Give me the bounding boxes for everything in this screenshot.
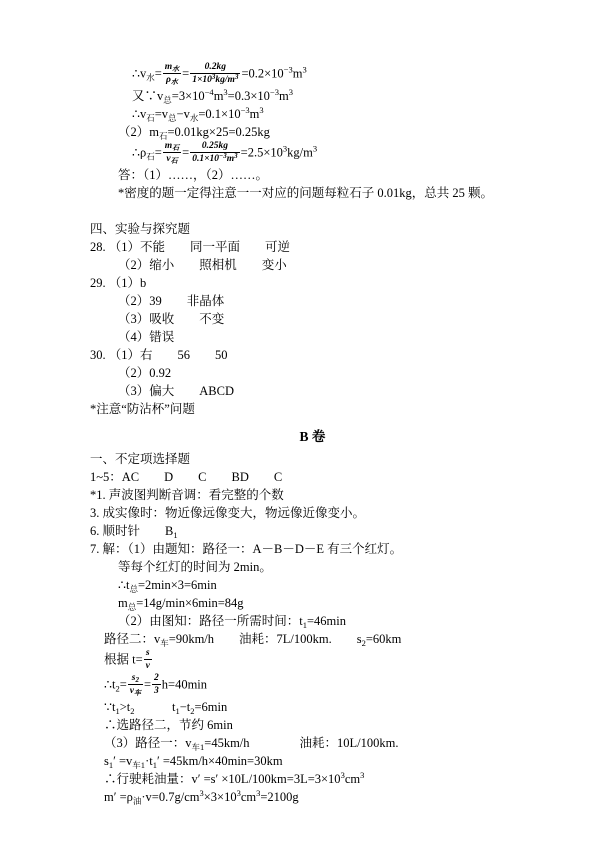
formula-t-total: ∴t总=2min×3=6min <box>90 576 535 594</box>
subscript: 总 <box>128 602 137 612</box>
line-30-1: 30. （1）右 56 50 <box>90 346 535 364</box>
heading-b-paper: B 卷 <box>90 428 535 446</box>
formula-v-stone: ∴v石=v总−v水=0.1×10−3m3 <box>90 105 535 123</box>
line-cup-note: *注意“防沾杯”问题 <box>90 400 535 418</box>
line-30-3: （3）偏大 ABCD <box>90 382 535 400</box>
formula-t2: ∴t2=s2v车=23h=40min <box>90 673 535 698</box>
subscript: 水 <box>146 72 155 82</box>
line-28-1: 28. （1）不能 同一平面 可逆 <box>90 238 535 256</box>
line-note-3: 3. 成实像时：物近像远像变大，物远像近像变小。 <box>90 504 535 522</box>
document-body: ∴v水=m水ρ水=0.2kg1×103kg/m3=0.2×10−3m3又∵v总=… <box>90 62 535 806</box>
formula-v-total: 又∵v总=3×10−4m3=0.3×10−3m3 <box>90 87 535 105</box>
subscript: 2 <box>115 683 119 693</box>
fraction: 0.25kg0.1×10−3m3 <box>190 140 239 165</box>
fraction: sv <box>144 647 152 672</box>
subscript: 石 <box>171 157 178 165</box>
formula-rho-stone: ∴ρ石=m石v石=0.25kg0.1×10−3m3=2.5×103kg/m3 <box>90 141 535 166</box>
line-density-note: *密度的题一定得注意一一对应的问题每粒石子 0.01kg，总共 25 颗。 <box>90 184 535 202</box>
subscript: 1 <box>109 760 113 770</box>
line-6: 6. 顺时针 B1 <box>90 522 535 540</box>
superscript: 3 <box>313 143 317 153</box>
superscript: 3 <box>212 73 216 81</box>
superscript: −4 <box>205 87 214 97</box>
superscript: 3 <box>234 152 238 160</box>
superscript: 3 <box>199 788 203 798</box>
line-wait-time: 等每个红灯的时间为 2min。 <box>90 558 535 576</box>
subscript: 石 <box>172 144 179 152</box>
subscript: 石 <box>146 151 155 161</box>
formula-fuel-mass: m′ =ρ油·v=0.7g/cm3×3×103cm3=2100g <box>90 788 535 806</box>
subscript: 1 <box>173 530 177 540</box>
subscript: 总 <box>168 113 177 123</box>
superscript: 3 <box>259 105 263 115</box>
formula-t-basic: 根据 t=sv <box>90 648 535 673</box>
line-path2-data: 路径二：v车=90km/h 油耗：7L/100km. s2=60km <box>90 630 535 648</box>
subscript: 1 <box>175 706 179 716</box>
heading-section-1: 一、不定项选择题 <box>90 450 535 468</box>
superscript: 3 <box>256 788 260 798</box>
fraction: 0.2kg1×103kg/m3 <box>190 61 240 86</box>
subscript: 水 <box>171 78 178 86</box>
superscript: 3 <box>289 87 293 97</box>
subscript: 总 <box>163 95 172 105</box>
subscript: 1 <box>115 706 119 716</box>
line-answers-1-5: 1~5：AC D C BD C <box>90 468 535 486</box>
formula-v-water: ∴v水=m水ρ水=0.2kg1×103kg/m3=0.2×10−3m3 <box>90 62 535 87</box>
fraction: 23 <box>152 672 161 697</box>
superscript: −3 <box>284 64 293 74</box>
superscript: −3 <box>219 152 227 160</box>
line-7-intro: 7. 解：（1）由题知：路径一：A－B－D－E 有三个红灯。 <box>90 540 535 558</box>
subscript: 1 <box>303 620 307 630</box>
line-30-2: （2）0.92 <box>90 364 535 382</box>
subscript: 石 <box>146 113 155 123</box>
line-29-1: 29. （1）b <box>90 274 535 292</box>
superscript: −3 <box>270 87 279 97</box>
line-answer-summary: 答：（1）……，（2）……。 <box>90 166 535 184</box>
subscript: 车 <box>134 689 141 697</box>
heading-section-4: 四、实验与探究题 <box>90 220 535 238</box>
line-29-4: （4）错误 <box>90 328 535 346</box>
subscript: 车 <box>160 638 169 648</box>
subscript: 油 <box>133 796 142 806</box>
answer-sheet-page: ∴v水=m水ρ水=0.2kg1×103kg/m3=0.2×10−3m3又∵v总=… <box>0 0 595 842</box>
subscript: 2 <box>362 638 366 648</box>
superscript: 3 <box>302 64 306 74</box>
fraction: s2v车 <box>128 672 143 697</box>
formula-m-stone: （2）m石=0.01kg×25=0.25kg <box>90 123 535 141</box>
line-29-2: （2）39 非晶体 <box>90 292 535 310</box>
formula-s1: s1′ =v车1·t1′ =45km/h×40min=30km <box>90 752 535 770</box>
line-choose-path2: ∴选路径二，节约 6min <box>90 716 535 734</box>
superscript: 3 <box>223 87 227 97</box>
superscript: 3 <box>283 143 287 153</box>
line-note-1: *1. 声波图判断音调：看完整的个数 <box>90 486 535 504</box>
fraction: m石v石 <box>163 140 181 165</box>
subscript: 2 <box>130 706 134 716</box>
superscript: 3 <box>341 770 345 780</box>
line-29-3: （3）吸收 不变 <box>90 310 535 328</box>
subscript: 2 <box>135 676 139 684</box>
line-compare-times: ∵t1>t2 t1−t2=6min <box>90 698 535 716</box>
subscript: 车1 <box>192 742 205 752</box>
subscript: 车1 <box>132 760 145 770</box>
superscript: 3 <box>235 73 239 81</box>
line-path1-time: （2）由图知：路径一所需时间：t1=46min <box>90 612 535 630</box>
superscript: −3 <box>241 105 250 115</box>
superscript: 3 <box>237 788 241 798</box>
subscript: 水 <box>190 113 199 123</box>
subscript: 1 <box>153 760 157 770</box>
formula-fuel-volume: ∴行驶耗油量：v′ =s′ ×10L/100km=3L=3×103cm3 <box>90 770 535 788</box>
line-path1-data: （3）路径一：v车1=45km/h 油耗：10L/100km. <box>90 734 535 752</box>
superscript: 3 <box>360 770 364 780</box>
line-28-2: （2）缩小 照相机 变小 <box>90 256 535 274</box>
subscript: 水 <box>172 65 179 73</box>
subscript: 总 <box>129 584 138 594</box>
fraction: m水ρ水 <box>163 61 181 86</box>
formula-m-total: m总=14g/min×6min=84g <box>90 594 535 612</box>
subscript: 2 <box>190 706 194 716</box>
